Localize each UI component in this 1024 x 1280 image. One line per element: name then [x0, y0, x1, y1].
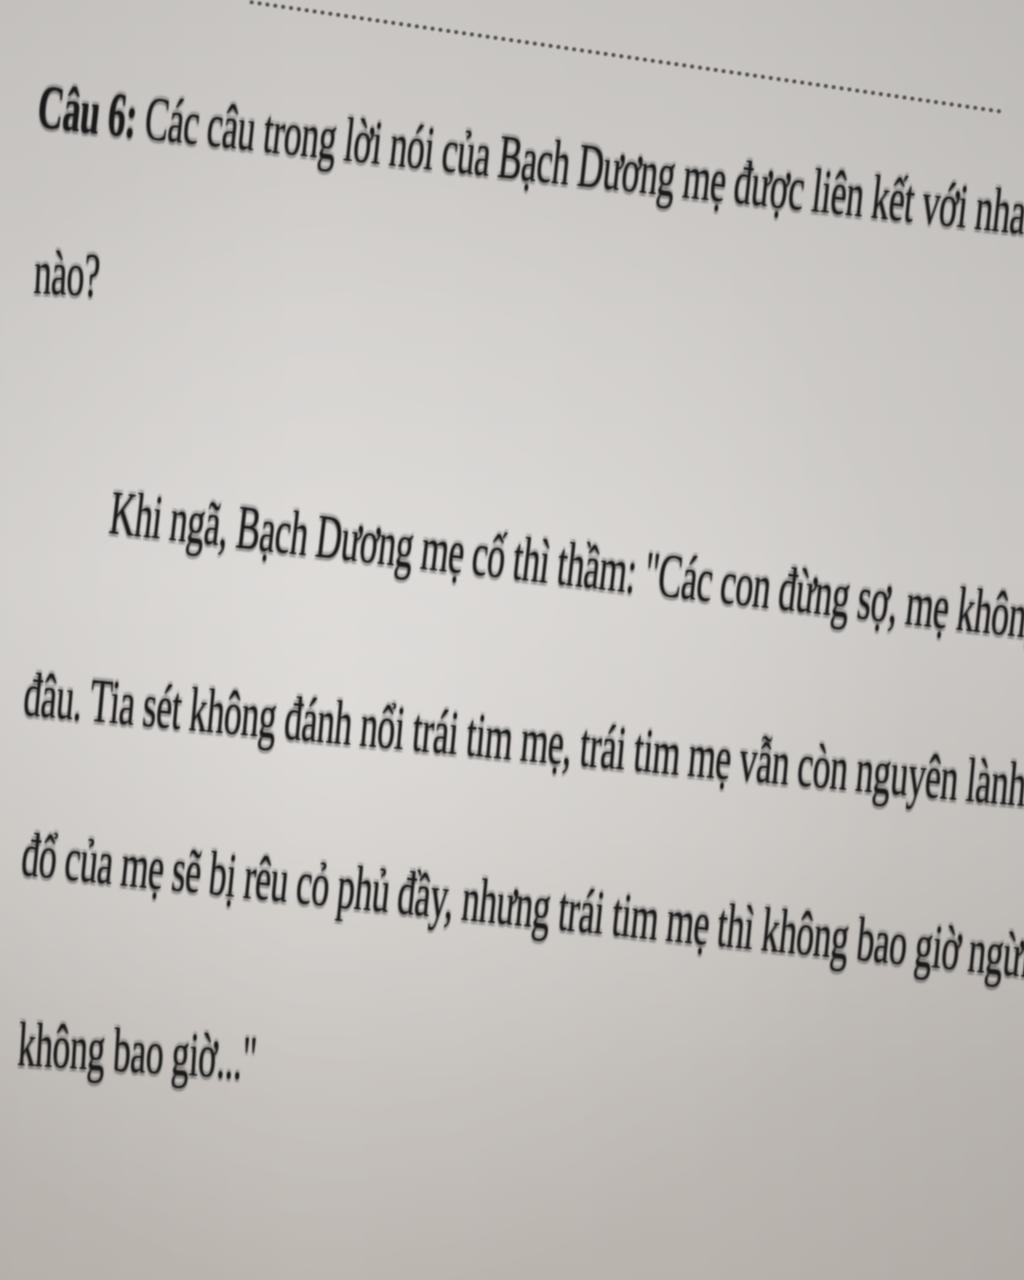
question-text-continued: nào? [32, 238, 101, 312]
passage-text: không bao giờ..." [16, 1010, 258, 1095]
question-line-2: nào? [32, 238, 149, 315]
question-label: Câu 6: [34, 73, 140, 151]
